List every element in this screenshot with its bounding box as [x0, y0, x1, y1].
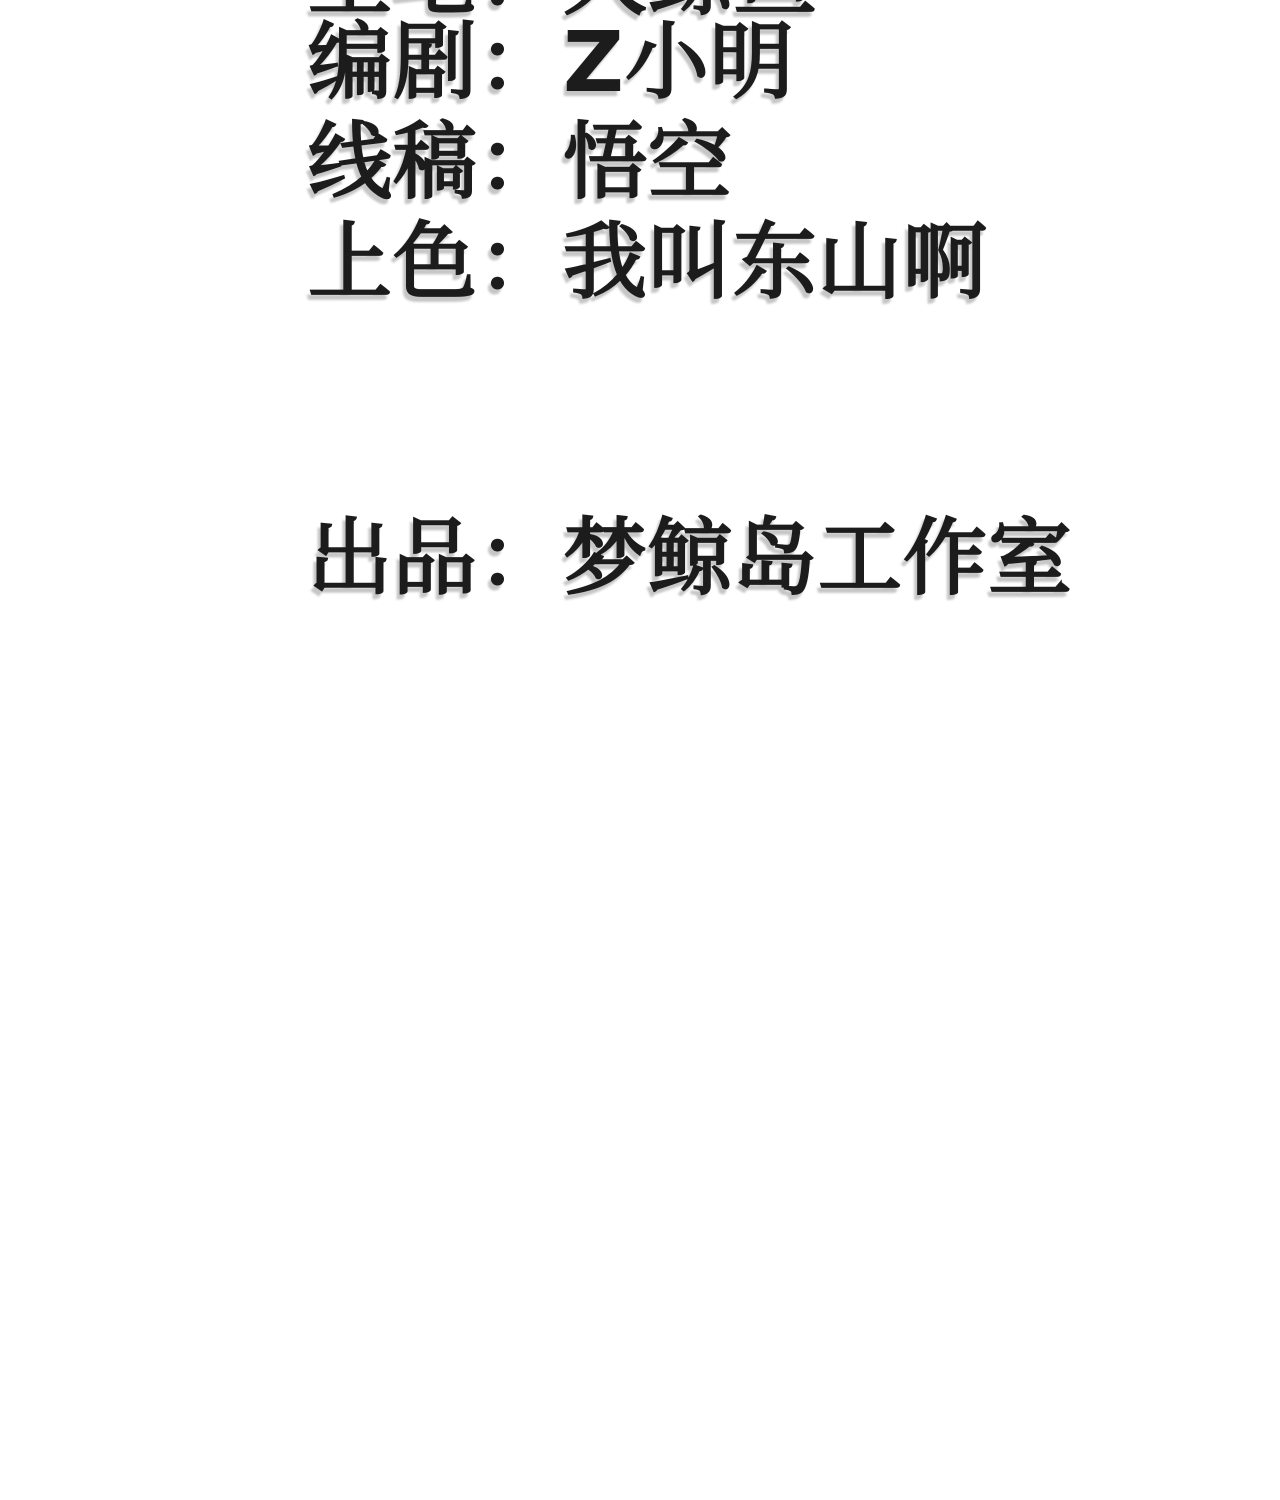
credits-page: 主笔：大鲸鱼 编剧：Z小明 线稿：悟空 上色：我叫东山啊 出品：梦鲸岛工作室	[0, 0, 1280, 1500]
credit-line-production-studio: 出品：梦鲸岛工作室	[308, 516, 1073, 600]
credit-line-line-art: 线稿：悟空	[308, 120, 733, 204]
credit-line-coloring: 上色：我叫东山啊	[308, 220, 988, 304]
credit-line-screenwriter: 编剧：Z小明	[308, 20, 795, 104]
